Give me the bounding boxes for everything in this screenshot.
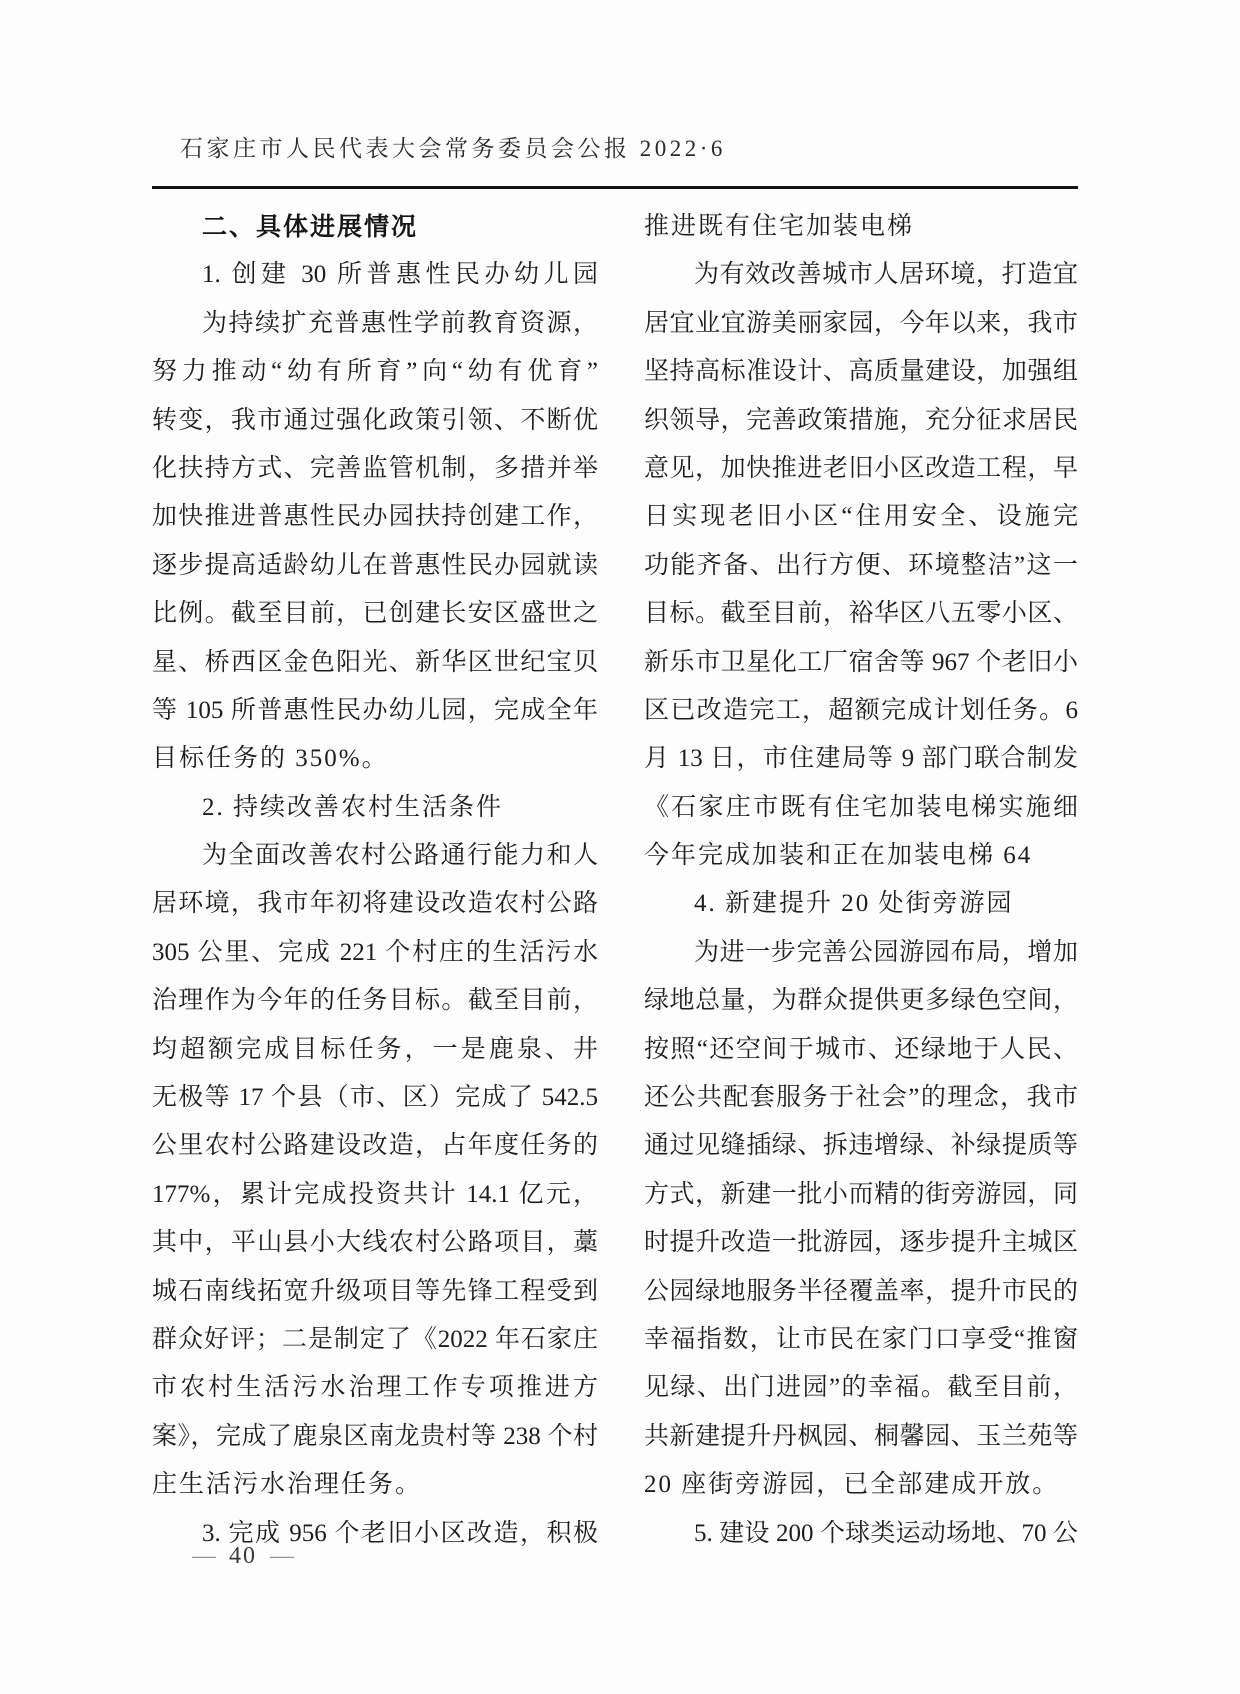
text-line: 星、桥西区金色阳光、新华区世纪宝贝 [152,639,598,687]
page-header-title: 石家庄市人民代表大会常务委员会公报 2022·6 [180,130,726,163]
text-line: 绿地总量，为群众提供更多绿色空间， [644,977,1078,1025]
text-line: 《石家庄市既有住宅加装电梯实施细则》， [644,784,1078,832]
left-column: 二、具体进展情况1. 创建 30 所普惠性民办幼儿园为持续扩充普惠性学前教育资源… [152,203,598,1558]
text-line: 目标任务的 350%。 [152,735,598,783]
text-line: 方式，新建一批小而精的街旁游园，同 [644,1171,1078,1219]
text-line: 公园绿地服务半径覆盖率，提升市民的 [644,1268,1078,1316]
bulletin-page: 石家庄市人民代表大会常务委员会公报 2022·6 二、具体进展情况1. 创建 3… [0,0,1240,1694]
text-line: 公里农村公路建设改造，占年度任务的 [152,1122,598,1170]
text-line: 177%，累计完成投资共计 14.1 亿元， [152,1171,598,1219]
text-line: 推进既有住宅加装电梯 [644,203,1078,251]
text-line: 今年完成加装和正在加装电梯 64 部。 [644,832,1078,880]
text-line: 按照“还空间于城市、还绿地于人民、 [644,1026,1078,1074]
header-rule [152,186,1078,189]
text-line: 居宜业宜游美丽家园，今年以来，我市 [644,300,1078,348]
text-line: 加快推进普惠性民办园扶持创建工作， [152,493,598,541]
text-line: 区已改造完工，超额完成计划任务。6 [644,687,1078,735]
text-line: 转变，我市通过强化政策引领、不断优 [152,397,598,445]
text-line: 无极等 17 个县（市、区）完成了 542.5 [152,1074,598,1122]
text-line: 为持续扩充普惠性学前教育资源， [152,300,598,348]
text-line: 案》，完成了鹿泉区南龙贵村等 238 个村 [152,1413,598,1461]
text-line: 月 13 日，市住建局等 9 部门联合制发了 [644,735,1078,783]
text-line: 幸福指数，让市民在家门口享受“推窗 [644,1316,1078,1364]
text-line: 2. 持续改善农村生活条件 [152,784,598,832]
text-line: 日实现老旧小区“住用安全、设施完善、 [644,493,1078,541]
text-line: 化扶持方式、完善监管机制，多措并举 [152,445,598,493]
page-footer: — 40 — [192,1543,294,1570]
text-line: 逐步提高适龄幼儿在普惠性民办园就读 [152,542,598,590]
text-line: 等 105 所普惠性民办幼儿园，完成全年 [152,687,598,735]
footer-dash-right: — [270,1543,294,1570]
text-line: 群众好评；二是制定了《2022 年石家庄 [152,1316,598,1364]
text-line: 通过见缝插绿、拆违增绿、补绿提质等 [644,1122,1078,1170]
text-line: 305 公里、完成 221 个村庄的生活污水 [152,929,598,977]
text-line: 治理作为今年的任务目标。截至目前， [152,977,598,1025]
text-line: 功能齐备、出行方便、环境整洁”这一 [644,542,1078,590]
text-line: 为全面改善农村公路通行能力和人 [152,832,598,880]
text-line: 4. 新建提升 20 处街旁游园 [644,880,1078,928]
text-line: 目标。截至目前，裕华区八五零小区、 [644,590,1078,638]
text-line: 见绿、出门进园”的幸福。截至目前， [644,1364,1078,1412]
text-line: 坚持高标准设计、高质量建设，加强组 [644,348,1078,396]
text-line: 其中，平山县小大线农村公路项目，藁 [152,1219,598,1267]
text-line: 时提升改造一批游园，逐步提升主城区 [644,1219,1078,1267]
text-line: 1. 创建 30 所普惠性民办幼儿园 [152,251,598,299]
text-line: 织领导，完善政策措施，充分征求居民 [644,397,1078,445]
text-line: 5. 建设 200 个球类运动场地、70 公 [644,1510,1078,1558]
footer-dash-left: — [192,1543,216,1570]
text-line: 市农村生活污水治理工作专项推进方 [152,1364,598,1412]
text-line: 均超额完成目标任务，一是鹿泉、井陉、 [152,1026,598,1074]
text-line: 城石南线拓宽升级项目等先锋工程受到 [152,1268,598,1316]
text-line: 努力推动“幼有所育”向“幼有优育” [152,348,598,396]
text-line: 共新建提升丹枫园、桐馨园、玉兰苑等 [644,1413,1078,1461]
right-column: 推进既有住宅加装电梯为有效改善城市人居环境，打造宜居宜业宜游美丽家园，今年以来，… [644,203,1078,1558]
text-line: 二、具体进展情况 [152,203,598,251]
text-line: 比例。截至目前，已创建长安区盛世之 [152,590,598,638]
text-line: 庄生活污水治理任务。 [152,1461,598,1509]
text-line: 20 座街旁游园，已全部建成开放。 [644,1461,1078,1509]
text-line: 为进一步完善公园游园布局，增加 [644,929,1078,977]
page-number: 40 [229,1543,257,1570]
text-line: 意见，加快推进老旧小区改造工程，早 [644,445,1078,493]
text-line: 还公共配套服务于社会”的理念，我市 [644,1074,1078,1122]
text-line: 新乐市卫星化工厂宿舍等 967 个老旧小 [644,639,1078,687]
text-line: 居环境，我市年初将建设改造农村公路 [152,880,598,928]
text-line: 为有效改善城市人居环境，打造宜 [644,251,1078,299]
